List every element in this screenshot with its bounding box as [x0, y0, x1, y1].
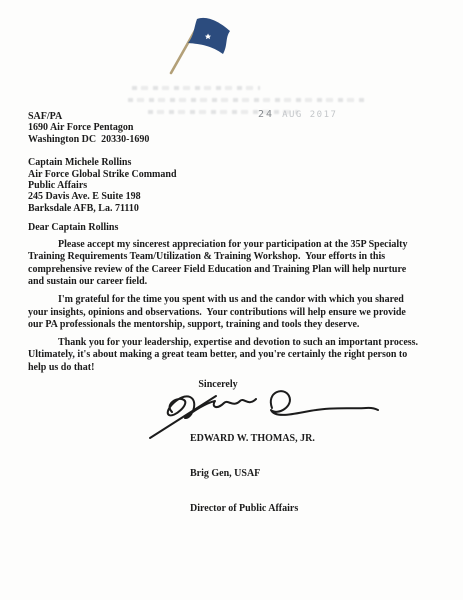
- bleedthrough-text: [132, 86, 260, 96]
- sender-address-line: Washington DC 20330-1690: [28, 134, 422, 145]
- recipient-address: Captain Michele Rollins Air Force Global…: [28, 157, 422, 214]
- body-paragraph: Please accept my sincerest appreciation …: [28, 239, 422, 289]
- signer-rank: Brig Gen, USAF: [190, 468, 315, 480]
- signer-title: Director of Public Affairs: [190, 503, 315, 515]
- sender-address: SAF/PA 1690 Air Force Pentagon Washingto…: [28, 111, 422, 145]
- letter-content: SAF/PA 1690 Air Force Pentagon Washingto…: [28, 111, 422, 390]
- signature-block: EDWARD W. THOMAS, JR. Brig Gen, USAF Dir…: [190, 410, 315, 538]
- body-paragraph: I'm grateful for the time you spent with…: [28, 294, 422, 332]
- signer-name: EDWARD W. THOMAS, JR.: [190, 433, 315, 445]
- bleedthrough-text: [128, 98, 368, 108]
- recipient-address-line: Public Affairs: [28, 180, 422, 191]
- recipient-address-line: Captain Michele Rollins: [28, 157, 422, 168]
- sender-address-line: SAF/PA: [28, 111, 422, 122]
- flag-logo-icon: [164, 13, 238, 79]
- scanned-letter-page: 24 AUG 2017 SAF/PA 1690 Air Force Pentag…: [0, 0, 463, 600]
- recipient-address-line: Barksdale AFB, La. 71110: [28, 203, 422, 214]
- letter-body: Please accept my sincerest appreciation …: [28, 239, 422, 375]
- salutation: Dear Captain Rollins: [28, 222, 422, 233]
- sender-address-line: 1690 Air Force Pentagon: [28, 122, 422, 133]
- bleedthrough-line: [128, 98, 368, 102]
- bleedthrough-line: [132, 86, 260, 90]
- recipient-address-line: Air Force Global Strike Command: [28, 169, 422, 180]
- recipient-address-line: 245 Davis Ave. E Suite 198: [28, 191, 422, 202]
- body-paragraph: Thank you for your leadership, expertise…: [28, 337, 422, 375]
